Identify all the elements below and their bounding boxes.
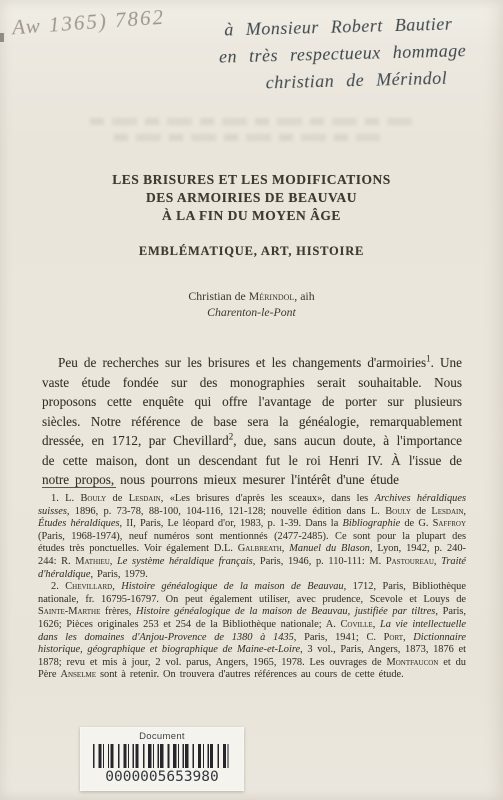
barcode-number: 0000005653980 (80, 769, 244, 785)
handwritten-dedication: à Monsieur Robert Bautier en très respec… (224, 10, 494, 98)
author-place: Charenton-le-Pont (0, 304, 503, 320)
barcode-sticker: Document 0000005653980 (80, 727, 244, 791)
title-line-3: À LA FIN DU MOYEN ÂGE (0, 207, 503, 225)
title-line-2: DES ARMOIRIES DE BEAUVAU (0, 189, 503, 207)
scan-edge-artifact (0, 33, 4, 42)
footnotes-block: 1. L. Bouly de Lesdain, «Les brisures d'… (38, 493, 466, 682)
pencil-shelfmark: Aw 1365) 7862 (11, 5, 166, 41)
verso-bleedthrough (90, 118, 420, 158)
footnote-1: 1. L. Bouly de Lesdain, «Les brisures d'… (38, 493, 466, 581)
article-subtitle: EMBLÉMATIQUE, ART, HISTOIRE (0, 242, 503, 260)
author-block: Christian de Mérindol, aih Charenton-le-… (0, 288, 503, 320)
scanned-document-page: Aw 1365) 7862 à Monsieur Robert Bautier … (0, 0, 503, 800)
footnote-2: 2. Chevillard, Histoire généalogique de … (38, 581, 466, 682)
barcode-label: Document (80, 727, 244, 742)
dedication-line: christian de Mérindol (265, 63, 494, 96)
title-line-1: LES BRISURES ET LES MODIFICATIONS (0, 171, 503, 189)
body-paragraph: Peu de recherches sur les brisures et le… (42, 353, 462, 490)
barcode-bars (93, 744, 231, 768)
author-name: Christian de Mérindol, aih (0, 288, 503, 304)
article-title: LES BRISURES ET LES MODIFICATIONS DES AR… (0, 171, 503, 260)
bleedthrough-streak (114, 134, 380, 141)
bleedthrough-streak (90, 118, 420, 125)
footnote-separator (42, 487, 116, 488)
